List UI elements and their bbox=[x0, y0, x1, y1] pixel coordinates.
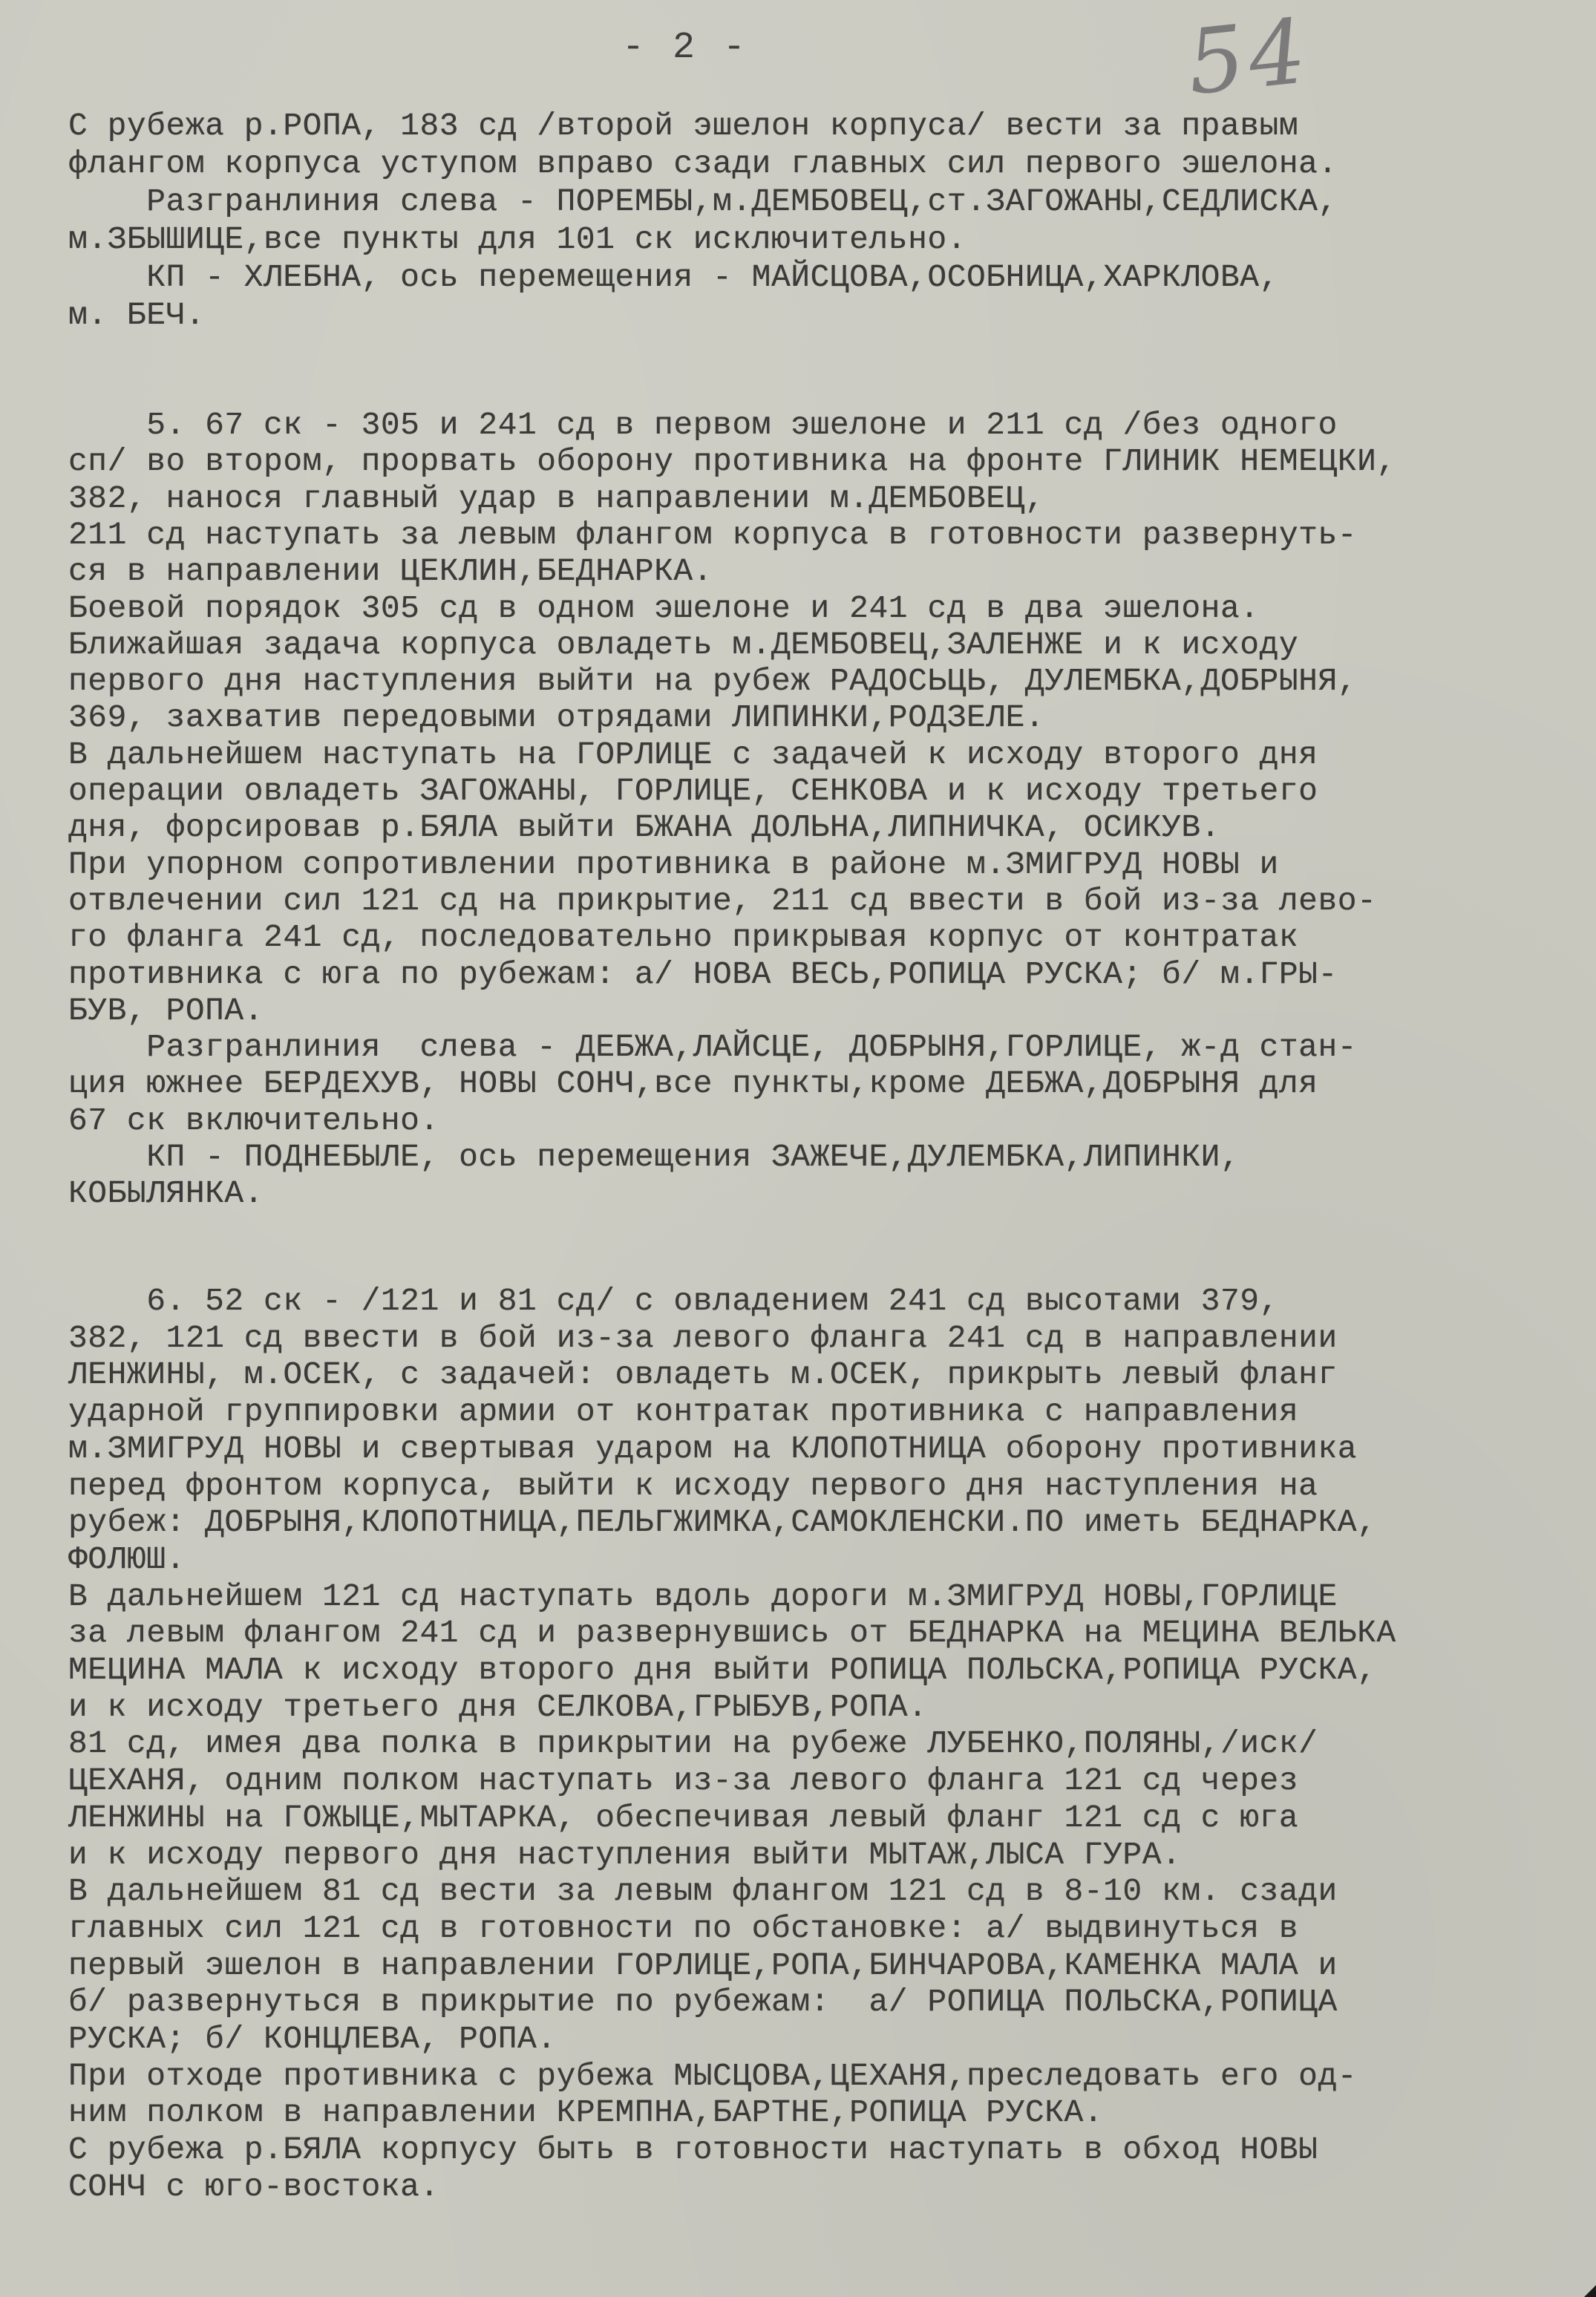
text-line: В дальнейшем 121 сд наступать вдоль доро… bbox=[68, 1578, 1338, 1615]
text-line: рубеж: ДОБРЫНЯ,КЛОПОТНИЦА,ПЕЛЬГЖИМКА,САМ… bbox=[68, 1504, 1376, 1541]
text-line: 382, нанося главный удар в направлении м… bbox=[68, 480, 1044, 517]
text-line: ция южнее БЕРДЕХУВ, НОВЫ СОНЧ,все пункты… bbox=[68, 1065, 1318, 1102]
text-line: ФОЛЮШ. bbox=[68, 1541, 186, 1578]
text-line: дня, форсировав р.БЯЛА выйти БЖАНА ДОЛЬН… bbox=[68, 809, 1220, 846]
text-line: РУСКА; б/ КОНЦЛЕВА, РОПА. bbox=[68, 2021, 557, 2058]
text-line: за левым флангом 241 сд и развернувшись … bbox=[68, 1615, 1396, 1652]
text-line: При упорном сопротивлении противника в р… bbox=[68, 846, 1279, 883]
text-line: ударной группировки армии от контратак п… bbox=[68, 1393, 1298, 1431]
text-line: ЛЕНЖИНЫ, м.ОСЕК, с задачей: овладеть м.О… bbox=[68, 1356, 1338, 1393]
text-line: Ближайшая задача корпуса овладеть м.ДЕМБ… bbox=[68, 627, 1298, 664]
text-line: МЕЦИНА МАЛА к исходу второго дня выйти Р… bbox=[68, 1652, 1376, 1689]
text-line: С рубежа р.БЯЛА корпусу быть в готовност… bbox=[68, 2131, 1318, 2169]
page-corner bbox=[1584, 2285, 1596, 2297]
text-line: первый эшелон в направлении ГОРЛИЦЕ,РОПА… bbox=[68, 1947, 1338, 1984]
text-line: ним полком в направлении КРЕМПНА,БАРТНЕ,… bbox=[68, 2094, 1103, 2131]
text-line: операции овладеть ЗАГОЖАНЫ, ГОРЛИЦЕ, СЕН… bbox=[68, 773, 1318, 810]
text-line: б/ развернуться в прикрытие по рубежам: … bbox=[68, 1984, 1338, 2021]
handwritten-folio-number: 54 bbox=[1183, 0, 1315, 115]
text-line: 5. 67 ск - 305 и 241 сд в первом эшелоне… bbox=[68, 407, 1338, 444]
text-line: первого дня наступления выйти на рубеж Р… bbox=[68, 663, 1357, 700]
text-line: БУВ, РОПА. bbox=[68, 993, 264, 1030]
text-line: 81 сд, имея два полка в прикрытии на руб… bbox=[68, 1725, 1318, 1762]
text-line: В дальнейшем 81 сд вести за левым фланго… bbox=[68, 1873, 1338, 1910]
text-line: флангом корпуса уступом вправо сзади гла… bbox=[68, 146, 1338, 183]
text-line: СОНЧ с юго-востока. bbox=[68, 2169, 439, 2206]
text-line: и к исходу третьего дня СЕЛКОВА,ГРЫБУВ,Р… bbox=[68, 1689, 927, 1726]
text-line: ЛЕНЖИНЫ на ГОЖЫЦЕ,МЫТАРКА, обеспечивая л… bbox=[68, 1800, 1298, 1837]
text-line: перед фронтом корпуса, выйти к исходу пе… bbox=[68, 1468, 1318, 1505]
text-line: Разгранлиния слева - ДЕБЖА,ЛАЙСЦЕ, ДОБРЫ… bbox=[68, 1029, 1357, 1066]
text-line: м. БЕЧ. bbox=[68, 297, 205, 334]
text-line: 67 ск включительно. bbox=[68, 1102, 439, 1140]
text-line: отвлечении сил 121 сд на прикрытие, 211 … bbox=[68, 883, 1376, 920]
text-line: 382, 121 сд ввести в бой из-за левого фл… bbox=[68, 1320, 1338, 1357]
text-line: Разгранлиния слева - ПОРЕМБЫ,м.ДЕМБОВЕЦ,… bbox=[68, 183, 1338, 220]
page-number: - 2 - bbox=[622, 27, 748, 69]
text-line: С рубежа р.РОПА, 183 сд /второй эшелон к… bbox=[68, 108, 1298, 145]
text-line: и к исходу первого дня наступления выйти… bbox=[68, 1837, 1181, 1874]
text-line: В дальнейшем наступать на ГОРЛИЦЕ с зада… bbox=[68, 736, 1318, 774]
text-line: сп/ во втором, прорвать оборону противни… bbox=[68, 443, 1396, 480]
text-line: главных сил 121 сд в готовности по обста… bbox=[68, 1910, 1298, 1947]
text-line: 369, захватив передовыми отрядами ЛИПИНК… bbox=[68, 699, 1044, 736]
text-line: ЦЕХАНЯ, одним полком наступать из-за лев… bbox=[68, 1762, 1298, 1800]
text-line: м.ЗМИГРУД НОВЫ и свертывая ударом на КЛО… bbox=[68, 1431, 1357, 1468]
text-line: При отходе противника с рубежа МЫСЦОВА,Ц… bbox=[68, 2058, 1357, 2095]
text-line: Боевой порядок 305 сд в одном эшелоне и … bbox=[68, 590, 1260, 627]
text-line: 211 сд наступать за левым флангом корпус… bbox=[68, 517, 1357, 554]
text-line: КП - ХЛЕБНА, ось перемещения - МАЙСЦОВА,… bbox=[68, 259, 1279, 296]
text-line: КОБЫЛЯНКА. bbox=[68, 1175, 264, 1212]
text-line: м.ЗБЫШИЦЕ,все пункты для 101 ск исключит… bbox=[68, 221, 967, 258]
text-line: 6. 52 ск - /121 и 81 сд/ с овладением 24… bbox=[68, 1283, 1279, 1320]
text-line: КП - ПОДНЕБЫЛЕ, ось перемещения ЗАЖЕЧЕ,Д… bbox=[68, 1139, 1240, 1176]
text-line: противника с юга по рубежам: а/ НОВА ВЕС… bbox=[68, 956, 1338, 993]
text-line: ся в направлении ЦЕКЛИН,БЕДНАРКА. bbox=[68, 553, 713, 590]
text-line: го фланга 241 сд, последовательно прикры… bbox=[68, 919, 1298, 956]
